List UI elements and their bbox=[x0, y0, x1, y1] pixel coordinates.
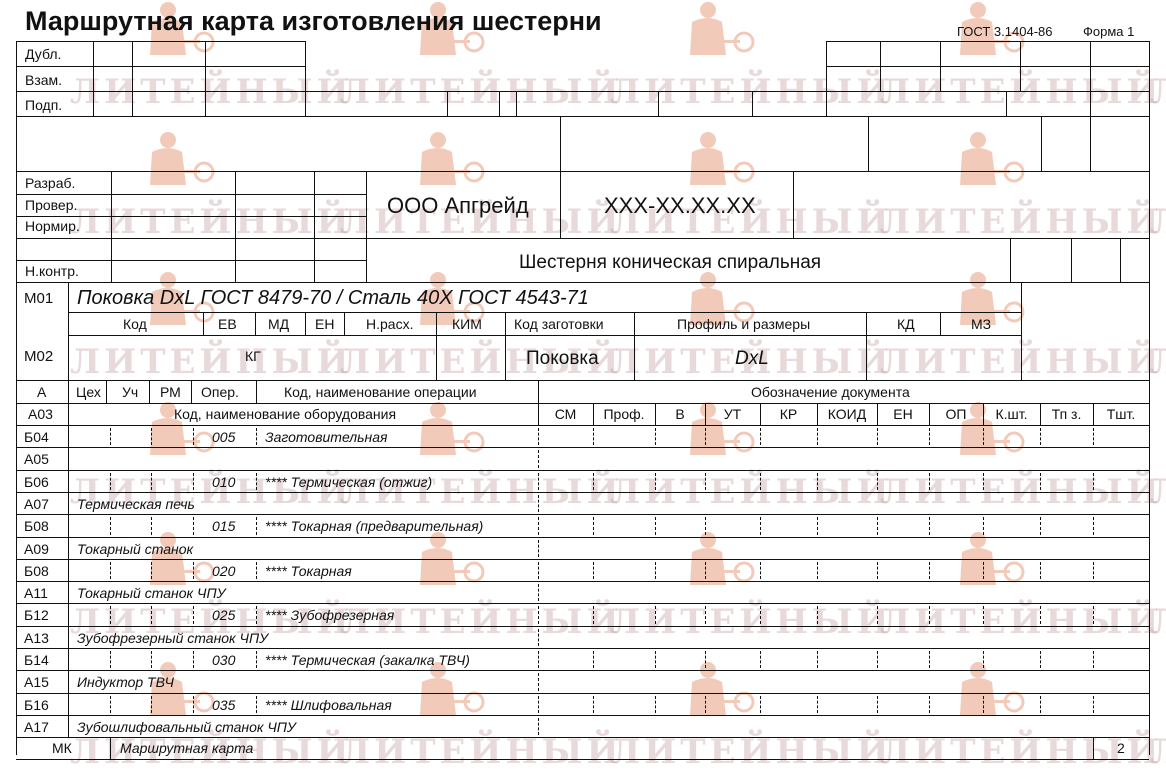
grid-line bbox=[538, 428, 539, 445]
row-code: А13 bbox=[24, 631, 49, 645]
grid-line bbox=[516, 91, 517, 116]
grid-line bbox=[110, 473, 111, 490]
grid-line bbox=[817, 651, 818, 668]
grid-line bbox=[344, 312, 345, 335]
sig-prover: Провер. bbox=[25, 198, 77, 212]
grid-line bbox=[538, 540, 539, 557]
grid-line bbox=[68, 312, 1021, 313]
grid-line bbox=[983, 651, 984, 668]
watermark-text: ЛИТЕЙНЫЙ bbox=[880, 202, 1163, 242]
grid-line bbox=[256, 562, 257, 579]
doc-column-header: Тп з. bbox=[1040, 407, 1093, 421]
doc-column-header: Проф. bbox=[593, 407, 655, 421]
watermark-text: ЛИТЕЙНЫЙ bbox=[880, 72, 1163, 112]
grid-line bbox=[538, 718, 539, 735]
operation-number: 020 bbox=[212, 564, 235, 578]
sig-nkontr: Н.контр. bbox=[25, 264, 79, 278]
grid-line bbox=[593, 606, 594, 624]
footer-name: Маршрутная карта bbox=[120, 741, 253, 755]
grid-line bbox=[593, 651, 594, 668]
grid-line bbox=[817, 473, 818, 490]
watermark-figure-icon bbox=[410, 400, 470, 470]
watermark-figure-icon bbox=[680, 530, 740, 600]
grid-line bbox=[655, 651, 656, 668]
grid-line bbox=[366, 238, 1149, 239]
grid-line bbox=[760, 473, 761, 490]
grid-line bbox=[826, 41, 1149, 42]
grid-line bbox=[868, 116, 869, 171]
grid-line bbox=[110, 562, 111, 579]
grid-line bbox=[314, 171, 315, 282]
grid-line bbox=[68, 693, 69, 715]
grid-line bbox=[436, 312, 437, 380]
grid-line bbox=[817, 517, 818, 535]
grid-line bbox=[205, 41, 206, 116]
grid-line bbox=[16, 470, 1149, 471]
equipment-name: Токарный станок bbox=[77, 542, 193, 556]
watermark-figure-icon bbox=[410, 130, 470, 200]
material-spec: Поковка DxL ГОСТ 8479-70 / Сталь 40Х ГОС… bbox=[77, 288, 589, 308]
equipment-name: Зубофрезерный станок ЧПУ bbox=[77, 631, 268, 645]
grid-line bbox=[68, 670, 69, 693]
grid-line bbox=[68, 447, 69, 470]
stamp-dubl: Дубл. bbox=[25, 47, 61, 61]
row-code: А11 bbox=[24, 586, 48, 600]
grid-line bbox=[929, 473, 930, 490]
row-code: Б16 bbox=[24, 698, 49, 712]
grid-line bbox=[658, 91, 659, 116]
grid-line bbox=[538, 606, 539, 624]
grid-line bbox=[68, 559, 69, 581]
grid-line bbox=[111, 171, 112, 282]
grid-line bbox=[255, 312, 256, 335]
grid-line bbox=[106, 380, 107, 403]
grid-line bbox=[68, 470, 69, 492]
grid-line bbox=[1090, 41, 1091, 91]
watermark-figure-icon bbox=[410, 530, 470, 600]
sig-razrab: Разраб. bbox=[25, 176, 75, 190]
grid-line bbox=[305, 41, 306, 116]
grid-line bbox=[16, 648, 1149, 649]
grid-line bbox=[752, 91, 753, 116]
grid-line bbox=[110, 696, 111, 713]
watermark-text: ЛИТЕЙНЫЙ bbox=[1150, 732, 1166, 772]
grid-line bbox=[16, 492, 1149, 493]
grid-line bbox=[16, 693, 1149, 694]
grid-line bbox=[1090, 116, 1091, 171]
grid-line bbox=[866, 312, 867, 380]
watermark-figure-icon bbox=[950, 130, 1010, 200]
grid-line bbox=[593, 517, 594, 535]
watermark-text: ЛИТЕЙНЫЙ bbox=[70, 72, 353, 112]
doc-column-header: Тшт. bbox=[1093, 407, 1149, 421]
equipment-name: Токарный станок ЧПУ bbox=[77, 586, 226, 600]
grid-line bbox=[193, 696, 194, 713]
m-header-mz: МЗ bbox=[971, 317, 991, 331]
grid-line bbox=[593, 428, 594, 445]
grid-line bbox=[1040, 517, 1041, 535]
grid-line bbox=[929, 517, 930, 535]
grid-line bbox=[538, 696, 539, 713]
stamp-vzam: Взам. bbox=[25, 73, 62, 87]
company-name: ООО Апгрейд bbox=[387, 195, 529, 217]
grid-line bbox=[877, 517, 878, 535]
grid-line bbox=[151, 517, 152, 535]
grid-line bbox=[151, 562, 152, 579]
grid-line bbox=[16, 403, 1149, 404]
equipment-name: Индуктор ТВЧ bbox=[77, 675, 174, 689]
watermark-figure-icon bbox=[950, 530, 1010, 600]
grid-line bbox=[256, 606, 257, 624]
grid-line bbox=[93, 41, 94, 116]
grid-line bbox=[983, 473, 984, 490]
grid-line bbox=[826, 41, 827, 91]
grid-line bbox=[634, 312, 635, 380]
part-name: Шестерня коническая спиральная bbox=[519, 253, 821, 272]
row-code: А05 bbox=[24, 452, 49, 466]
grid-line bbox=[593, 562, 594, 579]
m-header-kod: Код bbox=[123, 317, 147, 331]
grid-line bbox=[256, 473, 257, 490]
grid-line bbox=[151, 696, 152, 713]
row-code: А15 bbox=[24, 675, 49, 689]
watermark-text: ЛИТЕЙНЫЙ bbox=[610, 732, 893, 772]
grid-line bbox=[110, 606, 111, 624]
grid-line bbox=[983, 517, 984, 535]
watermark-text: ЛИТЕЙНЫЙ bbox=[880, 602, 1163, 642]
grid-line bbox=[1006, 91, 1007, 116]
operation-number: 025 bbox=[212, 608, 235, 622]
grid-line bbox=[538, 473, 539, 490]
grid-line bbox=[1090, 91, 1091, 116]
grid-line bbox=[983, 428, 984, 445]
doc-column-header: УТ bbox=[705, 407, 760, 421]
page-title: Маршрутная карта изготовления шестерни bbox=[25, 8, 602, 35]
grid-line bbox=[1093, 428, 1094, 445]
grid-line bbox=[68, 648, 69, 670]
grid-line bbox=[16, 537, 1149, 538]
watermark-text: ЛИТЕЙНЫЙ bbox=[1150, 342, 1166, 382]
watermark-text: ЛИТЕЙНЫЙ bbox=[610, 602, 893, 642]
grid-line bbox=[760, 606, 761, 624]
grid-line bbox=[817, 428, 818, 445]
doc-column-header: ОП bbox=[929, 407, 983, 421]
watermark-text: ЛИТЕЙНЫЙ bbox=[70, 342, 353, 382]
grid-line bbox=[929, 606, 930, 624]
grid-line bbox=[877, 473, 878, 490]
grid-line bbox=[16, 603, 1149, 604]
grid-line bbox=[193, 562, 194, 579]
grid-line bbox=[151, 651, 152, 668]
grid-line bbox=[193, 606, 194, 624]
m-header-kim: КИМ bbox=[452, 317, 482, 331]
m02-ev: КГ bbox=[245, 349, 261, 363]
grid-line bbox=[16, 380, 1149, 381]
grid-line bbox=[760, 517, 761, 535]
grid-line bbox=[826, 66, 1149, 67]
row-code: Б06 bbox=[24, 475, 49, 489]
header-op-name: Код, наименование операции bbox=[284, 385, 477, 399]
grid-line bbox=[655, 562, 656, 579]
watermark-text: ЛИТЕЙНЫЙ bbox=[70, 202, 353, 242]
grid-line bbox=[1040, 696, 1041, 713]
grid-line bbox=[256, 651, 257, 668]
operation-name: **** Термическая (закалка ТВЧ) bbox=[265, 653, 470, 667]
grid-line bbox=[929, 562, 930, 579]
grid-line bbox=[110, 737, 111, 759]
grid-line bbox=[940, 312, 941, 335]
grid-line bbox=[1010, 238, 1011, 282]
grid-line bbox=[538, 629, 539, 646]
doc-column-header: СМ bbox=[538, 407, 593, 421]
row-code: Б12 bbox=[24, 608, 49, 622]
grid-line bbox=[760, 651, 761, 668]
grid-line bbox=[929, 696, 930, 713]
grid-line bbox=[16, 116, 1149, 117]
m02-blank-code: Поковка bbox=[526, 349, 599, 368]
grid-line bbox=[793, 171, 794, 238]
grid-line bbox=[16, 66, 305, 67]
grid-line bbox=[826, 91, 827, 116]
grid-line bbox=[705, 428, 706, 445]
grid-line bbox=[560, 171, 561, 238]
grid-line bbox=[655, 696, 656, 713]
grid-line bbox=[151, 428, 152, 445]
row-code: А07 bbox=[24, 497, 49, 511]
operation-name: **** Токарная (предварительная) bbox=[265, 519, 483, 533]
header-equip: Код, наименование оборудования bbox=[174, 407, 396, 421]
m02-profile: DxL bbox=[735, 349, 769, 368]
grid-line bbox=[256, 517, 257, 535]
grid-line bbox=[1149, 41, 1150, 755]
equipment-name: Зубошлифовальный станок ЧПУ bbox=[77, 720, 296, 734]
header-oper: Опер. bbox=[201, 385, 239, 399]
equipment-name: Термическая печь bbox=[77, 497, 195, 511]
document-code: XXX-XX.XX.XX bbox=[604, 195, 756, 217]
operation-number: 010 bbox=[212, 475, 235, 489]
row-code: А17 bbox=[24, 720, 49, 734]
grid-line bbox=[705, 562, 706, 579]
grid-line bbox=[68, 380, 69, 425]
operation-name: **** Зубофрезерная bbox=[265, 608, 394, 622]
row-code: Б08 bbox=[24, 564, 49, 578]
grid-line bbox=[1021, 282, 1022, 380]
grid-line bbox=[1093, 517, 1094, 535]
row-code: Б04 bbox=[24, 430, 49, 444]
grid-line bbox=[538, 673, 539, 691]
grid-line bbox=[16, 670, 1149, 671]
grid-line bbox=[151, 606, 152, 624]
grid-line bbox=[68, 335, 1021, 336]
row-code: Б08 bbox=[24, 519, 49, 533]
grid-line bbox=[760, 562, 761, 579]
m-header-kd: КД bbox=[897, 317, 915, 331]
grid-line bbox=[1093, 473, 1094, 490]
grid-line bbox=[1040, 651, 1041, 668]
grid-line bbox=[817, 606, 818, 624]
grid-line bbox=[68, 581, 69, 603]
grid-line bbox=[929, 651, 930, 668]
grid-line bbox=[817, 562, 818, 579]
grid-line bbox=[16, 759, 1149, 760]
grid-line bbox=[68, 603, 69, 626]
grid-line bbox=[655, 428, 656, 445]
watermark-text: ЛИТЕЙНЫЙ bbox=[340, 72, 623, 112]
grid-line bbox=[655, 606, 656, 624]
doc-column-header: В bbox=[655, 407, 705, 421]
grid-line bbox=[203, 312, 204, 335]
operation-number: 035 bbox=[212, 698, 235, 712]
watermark-text: ЛИТЕЙНЫЙ bbox=[340, 732, 623, 772]
operation-number: 030 bbox=[212, 653, 235, 667]
grid-line bbox=[1093, 606, 1094, 624]
doc-column-header: ЕН bbox=[877, 407, 929, 421]
grid-line bbox=[560, 116, 561, 171]
operation-name: **** Токарная bbox=[265, 564, 352, 578]
grid-line bbox=[305, 91, 1149, 92]
grid-line bbox=[110, 428, 111, 445]
grid-line bbox=[193, 517, 194, 535]
grid-line bbox=[256, 380, 257, 403]
grid-line bbox=[68, 715, 69, 737]
row-code: А09 bbox=[24, 542, 49, 556]
header-a-label: А bbox=[37, 385, 46, 399]
operation-number: 015 bbox=[212, 519, 235, 533]
grid-line bbox=[191, 380, 192, 403]
watermark-figure-icon bbox=[680, 0, 740, 70]
grid-line bbox=[1071, 238, 1072, 282]
grid-line bbox=[593, 473, 594, 490]
row-code: Б14 bbox=[24, 653, 49, 667]
grid-line bbox=[655, 473, 656, 490]
grid-line bbox=[16, 171, 1149, 172]
grid-line bbox=[16, 514, 1149, 515]
grid-line bbox=[68, 492, 69, 514]
grid-line bbox=[110, 651, 111, 668]
operation-name: **** Шлифовальная bbox=[265, 698, 392, 712]
grid-line bbox=[877, 606, 878, 624]
grid-line bbox=[366, 171, 367, 282]
grid-line bbox=[1040, 428, 1041, 445]
grid-line bbox=[256, 428, 257, 445]
grid-line bbox=[983, 606, 984, 624]
watermark-figure-icon bbox=[140, 130, 200, 200]
grid-line bbox=[760, 696, 761, 713]
grid-line bbox=[940, 41, 941, 91]
m01-label: М01 bbox=[24, 291, 53, 306]
grid-line bbox=[235, 171, 236, 282]
grid-line bbox=[16, 715, 1149, 716]
grid-line bbox=[110, 517, 111, 535]
watermark-text: ЛИТЕЙНЫЙ bbox=[1150, 202, 1166, 242]
grid-line bbox=[817, 696, 818, 713]
grid-line bbox=[16, 626, 1149, 627]
operation-name: **** Термическая (отжиг) bbox=[265, 475, 432, 489]
grid-line bbox=[705, 473, 706, 490]
grid-line bbox=[538, 517, 539, 535]
grid-line bbox=[1120, 238, 1121, 282]
m-header-profile: Профиль и размеры bbox=[677, 317, 810, 331]
grid-line bbox=[705, 696, 706, 713]
grid-line bbox=[705, 517, 706, 535]
grid-line bbox=[1040, 473, 1041, 490]
stamp-podp: Подп. bbox=[25, 98, 62, 112]
grid-line bbox=[505, 312, 506, 380]
grid-line bbox=[149, 380, 150, 403]
grid-line bbox=[1040, 606, 1041, 624]
grid-line bbox=[193, 473, 194, 490]
doc-column-header: К.шт. bbox=[983, 407, 1040, 421]
header-doc: Обозначение документа bbox=[751, 385, 910, 399]
grid-line bbox=[447, 91, 448, 116]
grid-line bbox=[1040, 562, 1041, 579]
grid-line bbox=[538, 651, 539, 668]
watermark-text: ЛИТЕЙНЫЙ bbox=[1150, 472, 1166, 512]
grid-line bbox=[1093, 562, 1094, 579]
grid-line bbox=[1093, 737, 1094, 759]
grid-line bbox=[16, 447, 1149, 448]
grid-line bbox=[1093, 651, 1094, 668]
grid-line bbox=[877, 562, 878, 579]
operation-number: 005 bbox=[212, 430, 235, 444]
grid-line bbox=[538, 495, 539, 512]
grid-line bbox=[132, 41, 133, 116]
m-header-nrash: Н.расх. bbox=[366, 317, 413, 331]
grid-line bbox=[499, 91, 500, 116]
grid-line bbox=[16, 425, 1149, 426]
grid-line bbox=[68, 425, 69, 447]
grid-line bbox=[593, 696, 594, 713]
grid-line bbox=[68, 537, 69, 559]
grid-line bbox=[16, 737, 1149, 738]
grid-line bbox=[1093, 696, 1094, 713]
header-b-label: А03 bbox=[28, 407, 53, 421]
grid-line bbox=[16, 91, 305, 92]
doc-column-header: КОИД bbox=[817, 407, 877, 421]
grid-line bbox=[16, 41, 305, 42]
grid-line bbox=[538, 562, 539, 579]
header-rm: РМ bbox=[160, 385, 181, 399]
m-header-md: МД bbox=[268, 317, 289, 331]
sig-normir: Нормир. bbox=[25, 219, 80, 233]
grid-line bbox=[1041, 116, 1042, 171]
watermark-text: ЛИТЕЙНЫЙ bbox=[1150, 72, 1166, 112]
grid-line bbox=[877, 651, 878, 668]
grid-line bbox=[655, 517, 656, 535]
standard-label: ГОСТ 3.1404-86 bbox=[957, 25, 1052, 38]
header-ceh: Цех bbox=[76, 385, 101, 399]
grid-line bbox=[538, 450, 539, 468]
grid-line bbox=[1020, 41, 1021, 91]
grid-line bbox=[68, 282, 69, 380]
grid-line bbox=[760, 428, 761, 445]
grid-line bbox=[16, 581, 1149, 582]
grid-line bbox=[880, 41, 881, 91]
m-header-ev: ЕВ bbox=[218, 317, 237, 331]
grid-line bbox=[68, 626, 69, 648]
operation-name: Заготовительная bbox=[265, 430, 388, 444]
watermark-text: ЛИТЕЙНЫЙ bbox=[1150, 602, 1166, 642]
form-label: Форма 1 bbox=[1083, 25, 1134, 38]
doc-column-header: КР bbox=[760, 407, 817, 421]
grid-line bbox=[538, 584, 539, 601]
grid-line bbox=[877, 428, 878, 445]
grid-line bbox=[151, 473, 152, 490]
grid-line bbox=[983, 562, 984, 579]
watermark-figure-icon bbox=[680, 130, 740, 200]
m02-label: М02 bbox=[24, 349, 53, 364]
grid-line bbox=[16, 282, 1149, 283]
